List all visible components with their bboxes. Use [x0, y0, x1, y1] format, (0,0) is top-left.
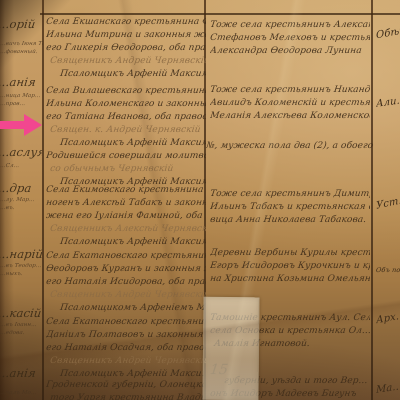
tape-patch: [202, 297, 259, 400]
margin-name: …аслуя: [0, 146, 43, 159]
entry-line: Священ. к. Андрей Чернявскій: [46, 124, 206, 137]
margin-name: …дра: [0, 182, 43, 195]
entry-line: Авилидъ Коломенскій и крестьянка: [210, 97, 370, 110]
entry-line: его Наталія Исидорова, оба правосл…: [46, 276, 206, 289]
register-entry-block: Села Екшанскаго крестьянина Фад… Ильина …: [46, 16, 206, 81]
entry-line: его Наталія Осадчая, оба православ…: [46, 342, 206, 355]
entry-line: Священникъ Андрей Чернявскій: [46, 355, 206, 368]
entry-line: Псаломщикомъ Арфеніемъ Максим…: [46, 302, 206, 315]
column-fragment: Ма…: [376, 381, 400, 397]
entry-line: №, мужеска пола два (2), а обоего н…: [206, 140, 374, 153]
entry-line: Ильинъ Табакъ и крестьянская дѣ…: [210, 201, 370, 214]
register-entry-block: №, мужеска пола два (2), а обоего н…: [206, 140, 374, 153]
column-fragment: Уст…: [376, 195, 400, 212]
entry-line: Псаломщикъ Арфеній Максимовъ: [46, 137, 206, 150]
margin-note: …чалъ Мо…: [0, 390, 43, 397]
register-entry-block: Тоже села крестьянинъ Александръ Стефано…: [210, 19, 370, 58]
entry-line: Священникъ Андрей Чернявскій: [46, 55, 206, 68]
margin-note: …въ Теодор…: [0, 263, 43, 270]
entry-line: Села Екатановскаго крестьянина Осад…: [46, 316, 206, 329]
margin-note: …вичъ Іюня Таврич.: [0, 41, 43, 48]
register-entry-block: Тоже села крестьянинъ Димитрій Ильинъ Та…: [210, 188, 370, 227]
entry-line: Стефановъ Мелеховъ и крестьянка: [210, 32, 370, 45]
margin-name: …нарій.: [0, 248, 43, 261]
entry-line: Села Екимовскаго крестьянина Ми-: [46, 184, 206, 197]
entry-line: жена его Іуліанія Фаминой, оба прав…: [46, 210, 206, 223]
register-entry-block: Села Екатановскаго крестьянина Георг… Өе…: [46, 250, 206, 315]
entry-line: Даніилъ Полтавовъ и законныя жена: [46, 329, 206, 342]
register-entry-block: Тоже села крестьянинъ Никандръ Авилидъ К…: [210, 84, 370, 123]
entry-line: Деревни Вербины Курилы крестья…: [210, 247, 370, 260]
margin-name: …орій: [0, 18, 43, 31]
column-fragment: Арх…: [376, 311, 400, 328]
margin-note: …въ Іоанн…: [0, 322, 43, 329]
entry-line: ногенъ Алексѣй Табакъ и законныя: [46, 197, 206, 210]
register-page-photo: …орій …вичъ Іюня Таврич. …фованный. …ані…: [0, 0, 400, 400]
entry-line: Тоже села крестьянинъ Александръ: [210, 19, 370, 32]
margin-note: …въ.: [0, 205, 43, 212]
column-fragment: Али…: [376, 95, 400, 111]
register-entry-block: Села Екимовскаго крестьянина Ми- ногенъ …: [46, 184, 206, 249]
margin-name: …анія: [0, 76, 43, 89]
entry-line: Александра Өеодорова Лунина: [210, 45, 370, 58]
column-fragment: Обѣщ…: [376, 26, 400, 43]
margin-note: …фованный.: [0, 49, 43, 56]
margin-name: …касій: [0, 307, 43, 320]
register-entry-block: Села Вилашевскаго крестьянина Гавр… Ильи…: [46, 85, 206, 150]
entry-line: Гродненской губерніи, Олонецкаго у…: [46, 379, 206, 392]
margin-note: …ница Мар…: [0, 93, 43, 100]
entry-line: Егоръ Исидоровъ Курочкинъ и крест…: [210, 260, 370, 273]
column-fragment: Объ пос…: [375, 264, 400, 276]
pink-arrow-annotation: [0, 113, 44, 137]
entry-line: на Христина Козьмина Омельянова.: [210, 273, 370, 286]
entry-line: Псаломщикъ Арфеній Максимовъ: [46, 68, 206, 81]
margin-note: …ныхъ.: [0, 271, 43, 278]
margin-note: …прав…: [0, 101, 43, 108]
entry-line: Села Вилашевскаго крестьянина Гавр…: [46, 85, 206, 98]
register-entry-block: Села Екатановскаго крестьянина Осад… Дан…: [46, 316, 206, 381]
entry-line: Ильина Коломенскаго и законныя ж…: [46, 98, 206, 111]
header-rule: [40, 13, 400, 15]
entry-line: Ильина Митрина и законныя жена: [46, 29, 206, 42]
column-rule-right: [371, 0, 373, 400]
entry-line: того Уаргя крестьянина Владиміра: [46, 392, 206, 400]
entry-line: вица Анна Николаева Табакова.: [210, 214, 370, 227]
entry-line: его Гликерія Өеодорова, оба правосл…: [46, 42, 206, 55]
margin-note: …едова.: [0, 330, 43, 337]
entry-line: Села Екатановскаго крестьянина Георг…: [46, 250, 206, 263]
entry-line: Тоже села крестьянинъ Димитрій: [210, 188, 370, 201]
margin-note: …Сл…: [0, 163, 43, 170]
entry-line: Священникъ Алексѣй Чернявскій: [46, 223, 206, 236]
entry-line: Села Екшанскаго крестьянина Фад…: [46, 16, 206, 29]
entry-line: Меланія Алексѣева Коломенскова: [210, 110, 370, 123]
entry-line: Өеодоровъ Курганъ и законныя жена: [46, 263, 206, 276]
entry-line: Священникъ Андрей Чернявскій: [46, 289, 206, 302]
entry-line: со обычнымъ Чернявскій: [46, 163, 206, 176]
entry-line: Псаломщикъ Арфеній Максимовъ: [46, 236, 206, 249]
entry-line: его Татіана Иванова, оба православ…: [46, 111, 206, 124]
margin-note: …лу. Мар…: [0, 197, 43, 204]
margin-name: …анія: [0, 367, 43, 380]
register-entry-block: Деревни Вербины Курилы крестья… Егоръ Ис…: [210, 247, 370, 286]
entry-line: Тоже села крестьянинъ Никандръ: [210, 84, 370, 97]
register-entry-block: Гродненской губерніи, Олонецкаго у… того…: [46, 379, 206, 400]
entry-line: Родившейся совершали молитвованія: [46, 150, 206, 163]
